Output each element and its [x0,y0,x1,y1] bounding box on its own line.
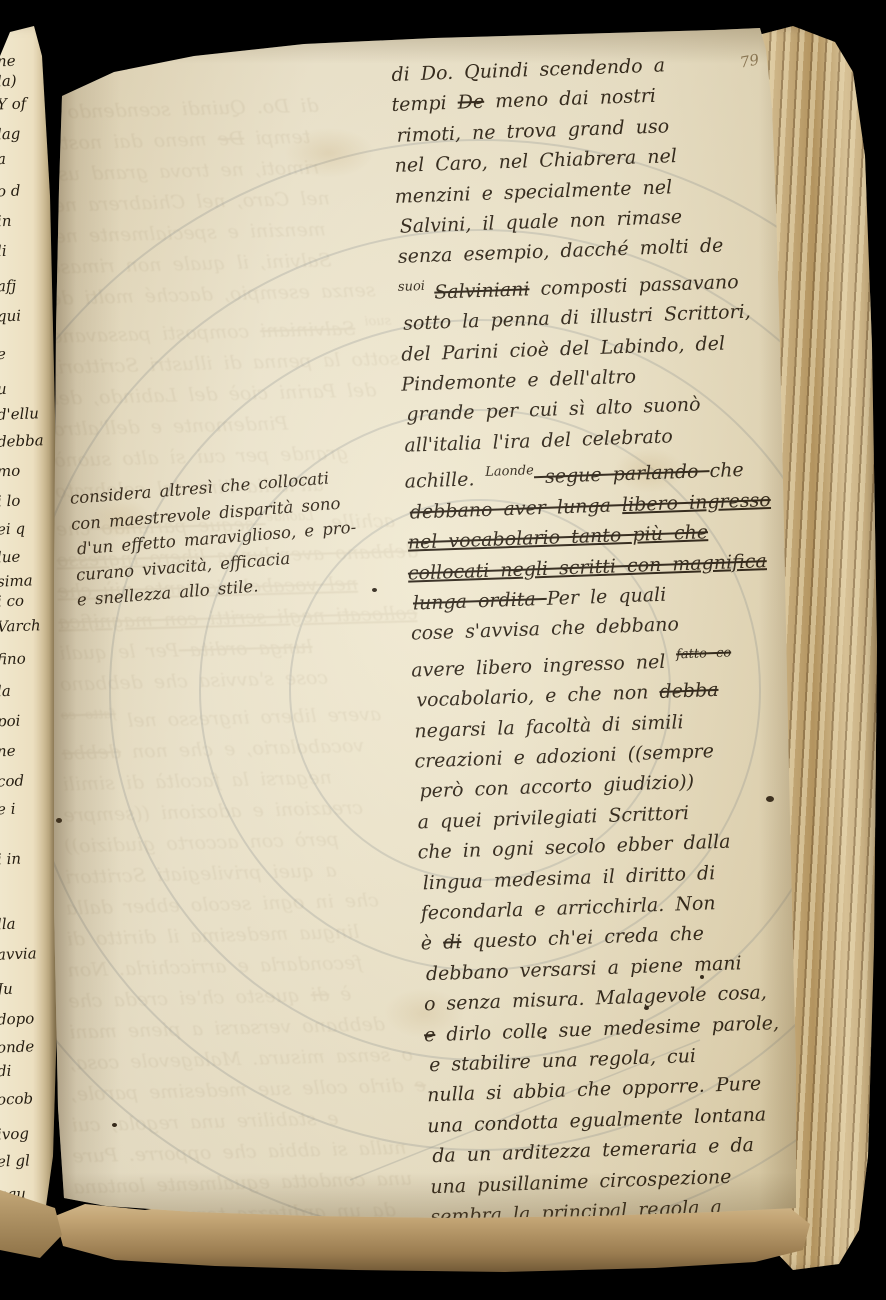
facing-page-text-fragment: la [0,682,11,700]
margin-note: considera altresì che collocaticon maest… [68,461,397,613]
facing-page-text-fragment: Ju [0,980,13,999]
facing-page-text-fragment: poi [0,712,21,731]
facing-page-text-fragment: la) [0,72,17,91]
facing-page-text-fragment: onde [0,1037,34,1056]
facing-page-text-fragment: qui [0,307,21,326]
facing-page-text-fragment: afj [0,277,16,296]
facing-page-edge: nela)Y oflagao dinliafjquieud'elludebbam… [0,26,60,1230]
facing-page-text-fragment: lag [0,125,21,144]
facing-page-text-fragment: fino [0,650,26,669]
main-text-block: di Do. Quindi scendendo atempi De meno d… [390,46,841,1233]
facing-page-text-fragment: e i [0,800,16,819]
ink-speck [112,1123,117,1127]
facing-page-text-fragment: ocob [0,1089,33,1108]
facing-page-text-fragment: dopo [0,1009,35,1028]
facing-page-text-fragment: ei q [0,520,25,539]
facing-page-text-fragment: ivog [0,1124,29,1143]
main-page: di Do. Quindi scendendo atempi De meno d… [54,28,796,1220]
facing-page-text-fragment: lue [0,548,21,567]
facing-page-text-fragment: d'ellu [0,404,39,423]
facing-page-text-fragment: Y of [0,94,27,113]
stain [284,128,374,178]
facing-page-text-fragment: i in [0,850,21,869]
facing-page-text-fragment: i lo [0,492,21,511]
facing-page-text-fragment: mo [0,462,21,481]
facing-page-text-fragment: ne [0,52,16,71]
facing-page-text-fragment: sima [0,571,33,590]
facing-page-text-fragment: lla [0,915,16,934]
facing-page-text-fragment: el gl [0,1151,30,1170]
facing-page-text-fragment: ne [0,742,16,761]
facing-page-text-fragment: cod [0,772,24,791]
ink-speck [56,818,62,823]
facing-page-text-fragment: u [0,380,7,398]
facing-page-text-fragment: Varch [0,616,41,636]
manuscript-photo: nela)Y oflagao dinliafjquieud'elludebbam… [0,0,886,1300]
facing-page-text-fragment: o d [0,182,21,201]
facing-page-text-fragment: a [0,150,6,168]
facing-page-text-fragment: e [0,345,6,363]
facing-page-text-fragment: avvia [0,944,37,963]
facing-page-text-fragment: debba [0,431,44,451]
facing-page-text-fragment: di [0,1062,12,1080]
facing-page-text-fragment: in [0,212,12,230]
facing-page-text-fragment: li [0,242,7,260]
facing-page-text-fragment: i co [0,592,24,611]
